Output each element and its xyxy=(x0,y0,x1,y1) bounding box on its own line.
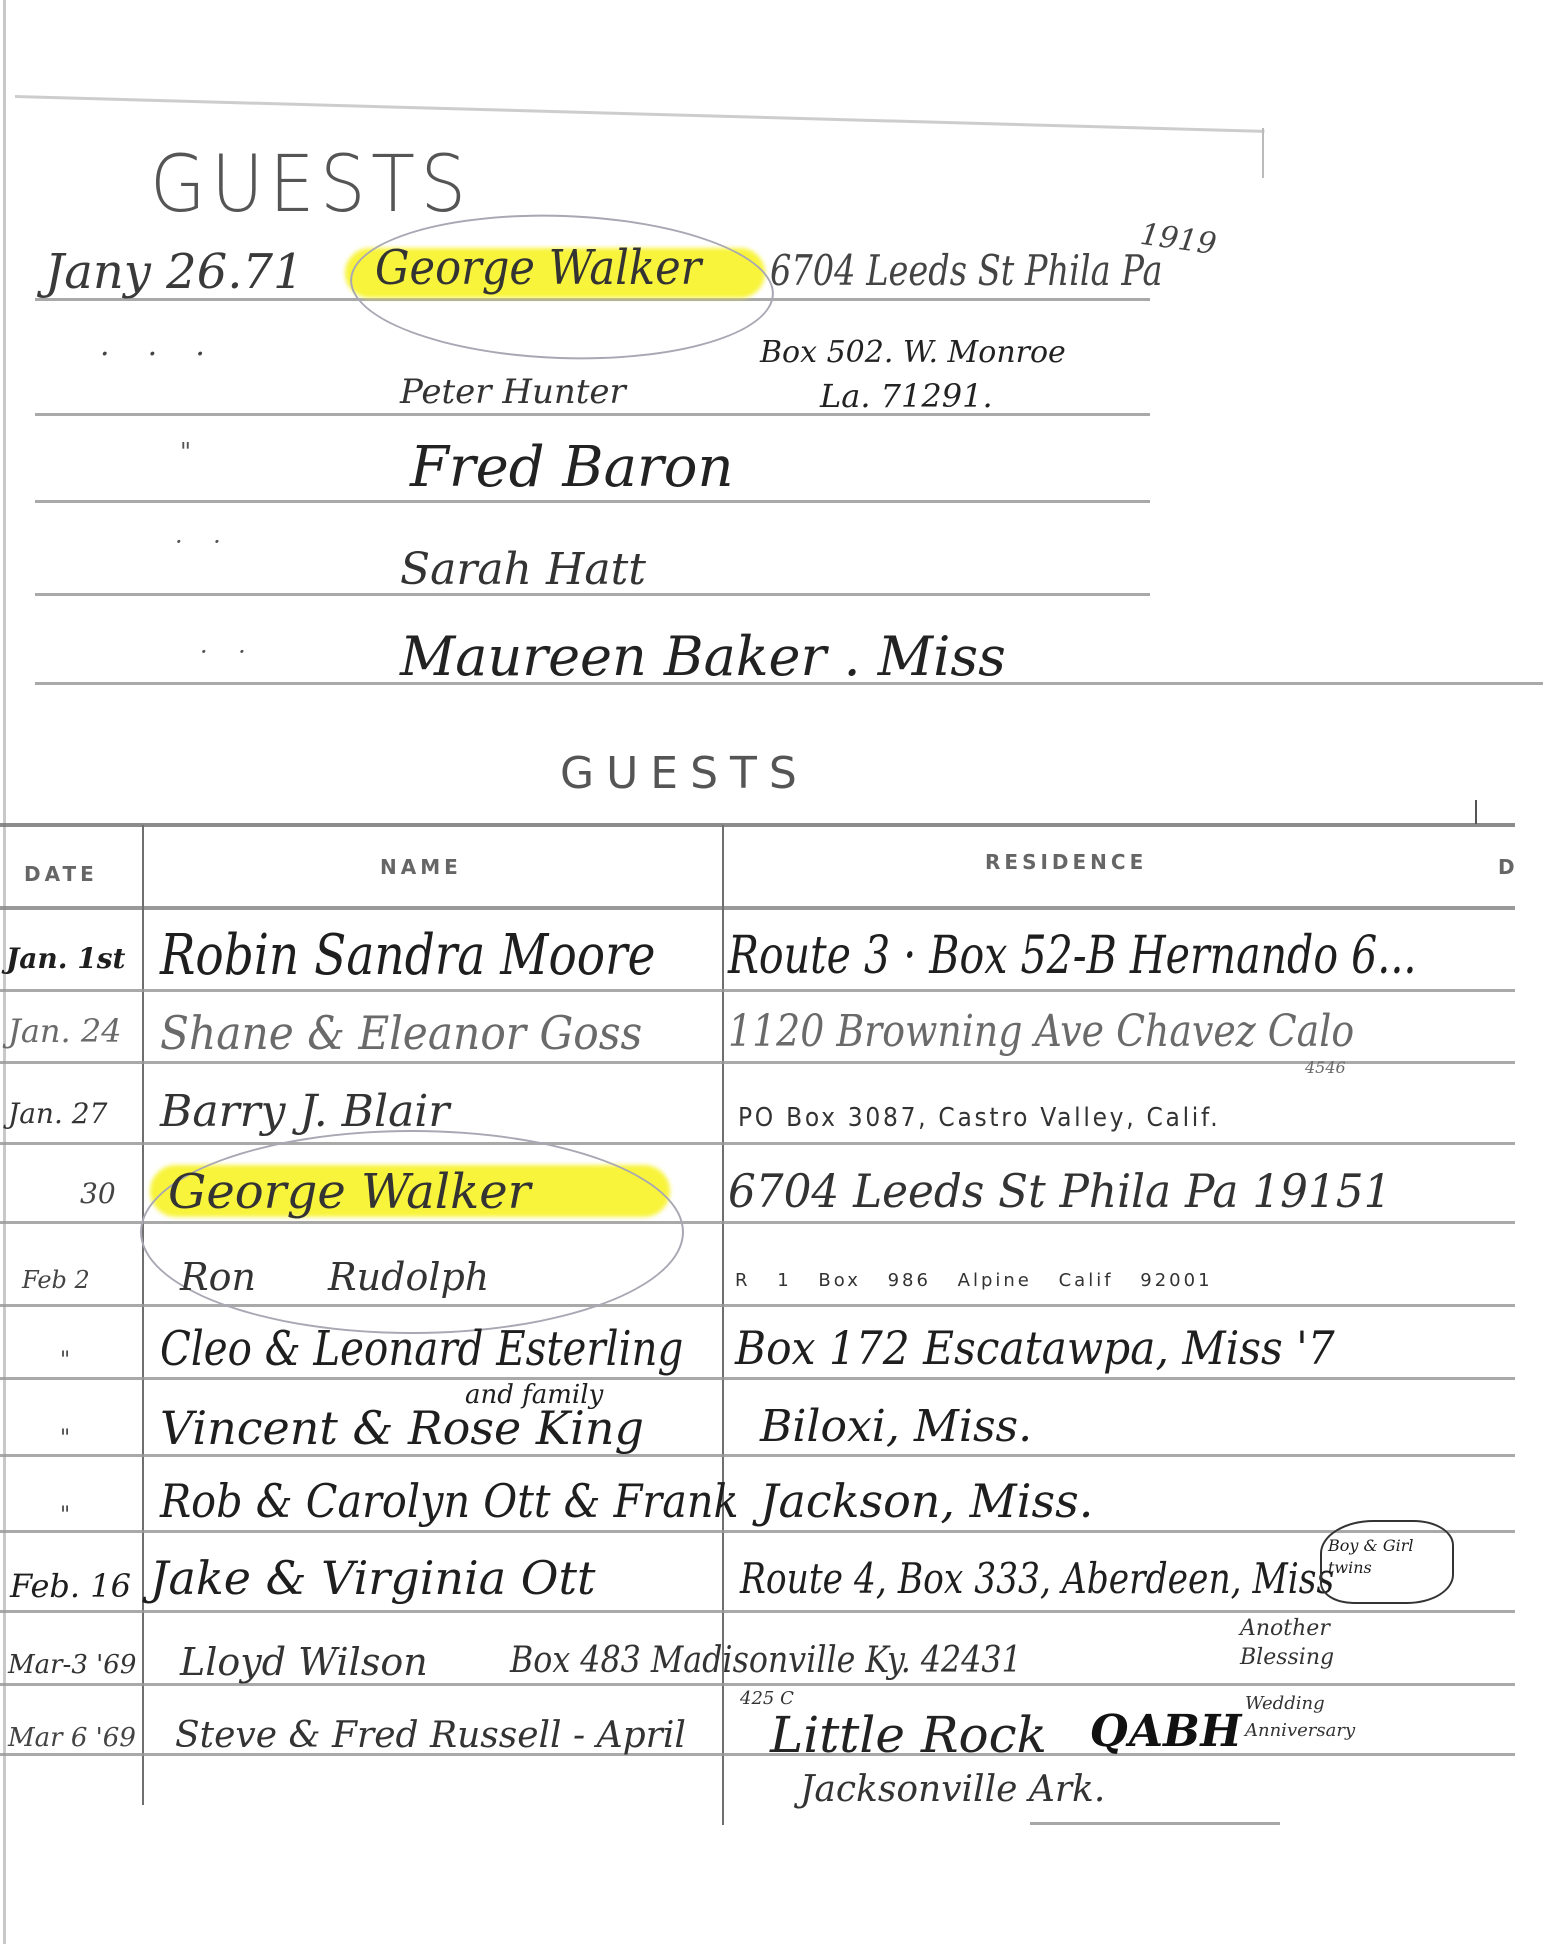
row-date: Jan. 27 xyxy=(8,1100,107,1128)
ditto-mark: " xyxy=(180,440,191,464)
row-name: George Walker xyxy=(168,1168,531,1216)
table-tick xyxy=(1475,800,1477,824)
row-residence: Route 4, Box 333, Aberdeen, Miss xyxy=(740,1558,1334,1600)
column-header-name: NAME xyxy=(380,855,462,879)
name-circle xyxy=(140,1130,684,1334)
row-name: Barry J. Blair xyxy=(160,1090,449,1134)
row-residence: Route 3 · Box 52-B Hernando 6... xyxy=(728,930,1416,982)
row-residence: 6704 Leeds St Phila Pa 19151 xyxy=(728,1168,1391,1214)
row-date: Feb 2 xyxy=(22,1268,90,1292)
ditto-mark: · · xyxy=(200,640,246,664)
ditto-mark: · · xyxy=(175,530,221,554)
row-line xyxy=(0,1142,1515,1145)
section-title: GUESTS xyxy=(560,748,809,799)
column-header-d: D xyxy=(1498,855,1519,879)
row-residence-line2: Jacksonville Ark. xyxy=(800,1772,1105,1808)
row-side-note: Another Blessing xyxy=(1240,1615,1380,1672)
row-line xyxy=(0,989,1515,992)
row-residence: Jackson, Miss. xyxy=(760,1478,1093,1524)
entry-name: Fred Baron xyxy=(410,440,734,496)
entry-residence-line2: Box 502. W. Monroe xyxy=(760,338,1066,368)
entry-name: George Walker xyxy=(375,244,701,292)
row-residence-note: 4546 xyxy=(1305,1060,1346,1076)
row-name: Vincent & Rose King xyxy=(160,1405,644,1451)
entry-date: Jany 26.71 xyxy=(45,248,304,296)
entry-residence-line3: La. 71291. xyxy=(820,380,993,412)
row-date: 30 xyxy=(80,1180,116,1208)
row-name: Shane & Eleanor Goss xyxy=(160,1010,642,1056)
entry-residence: 6704 Leeds St Phila Pa xyxy=(770,250,1162,292)
entry-name: Sarah Hatt xyxy=(400,548,646,592)
row-line xyxy=(0,1530,1515,1533)
row-residence: Box 483 Madisonville Ky. 42431 xyxy=(510,1643,1022,1679)
top-frame-line xyxy=(15,95,1265,133)
row-residence: Biloxi, Miss. xyxy=(760,1405,1032,1449)
entry-name: Peter Hunter xyxy=(400,375,626,409)
row-stamp: QABH xyxy=(1086,1710,1245,1754)
row-name: Ron Rudolph xyxy=(180,1258,489,1296)
row-date: " xyxy=(60,1428,70,1450)
row-residence: R 1 Box 986 Alpine Calif 92001 xyxy=(735,1272,1213,1290)
row-residence: PO Box 3087, Castro Valley, Calif. xyxy=(738,1105,1220,1131)
entry-line xyxy=(35,500,1150,503)
row-residence: Little Rock xyxy=(770,1710,1047,1760)
row-line xyxy=(0,1061,1515,1064)
column-header-date: DATE xyxy=(24,862,98,886)
row-residence: Box 172 Escatawpa, Miss '7 xyxy=(735,1325,1335,1371)
row-line xyxy=(1030,1822,1280,1825)
row-name: Steve & Fred Russell - April xyxy=(175,1718,686,1754)
row-name: Jake & Virginia Ott xyxy=(150,1555,596,1601)
row-date: " xyxy=(60,1505,70,1527)
row-line xyxy=(0,1610,1515,1613)
header-bottom-line xyxy=(0,906,1515,910)
column-header-residence: RESIDENCE xyxy=(985,850,1147,874)
row-name: Lloyd Wilson xyxy=(180,1643,428,1681)
row-date: Mar 6 '69 xyxy=(8,1725,136,1751)
table-top-line xyxy=(0,823,1515,827)
row-side-note: Wedding Anniversary xyxy=(1245,1690,1375,1744)
row-residence-note: Boy & Girl twins xyxy=(1328,1535,1438,1580)
page-title: GUESTS xyxy=(150,140,472,230)
top-frame-mark xyxy=(1262,128,1264,178)
row-name: Rob & Carolyn Ott & Frank xyxy=(160,1478,739,1524)
column-divider-date xyxy=(142,825,144,1805)
row-name: Robin Sandra Moore xyxy=(160,928,655,984)
row-date: Jan. 1st xyxy=(6,945,125,973)
entry-name: Maureen Baker . Miss xyxy=(400,630,1006,684)
row-date: Jan. 24 xyxy=(8,1015,122,1047)
ditto-mark: · · · xyxy=(100,340,205,370)
row-date: Mar-3 '69 xyxy=(8,1652,136,1678)
row-date: " xyxy=(60,1350,70,1372)
row-line xyxy=(0,1377,1515,1380)
row-name: Cleo & Leonard Esterling xyxy=(160,1325,683,1373)
row-residence: 1120 Browning Ave Chavez Calo xyxy=(728,1010,1354,1054)
row-date: Feb. 16 xyxy=(10,1570,131,1602)
